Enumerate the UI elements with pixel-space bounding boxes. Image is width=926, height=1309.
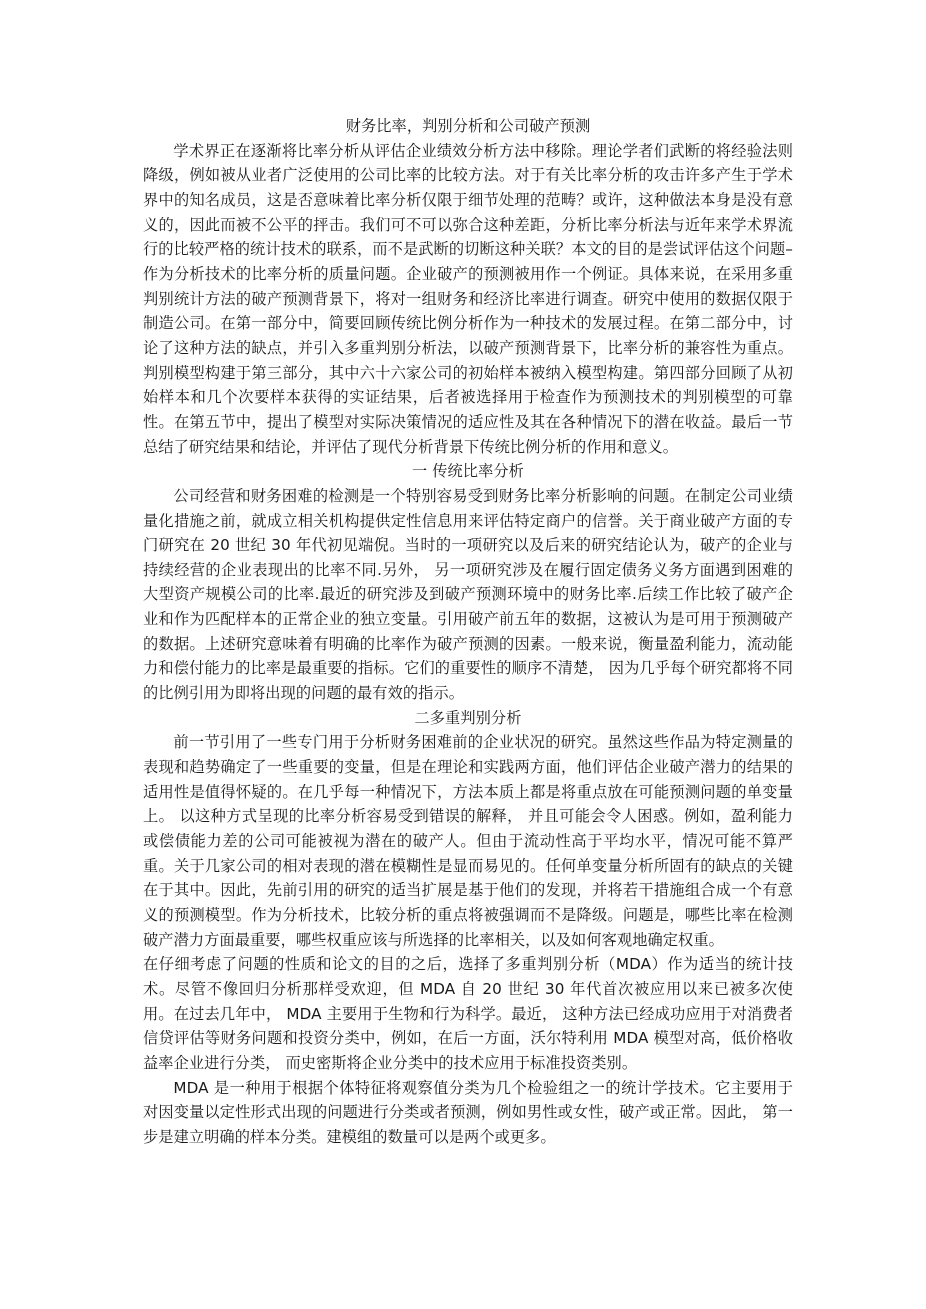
document-page: 财务比率，判别分析和公司破产预测 学术界正在逐渐将比率分析从评估企业绩效分析方法… <box>143 114 793 1150</box>
section-2-paragraph-3: MDA 是一种用于根据个体特征将观察值分类为几个检验组之一的统计学技术。它主要用… <box>143 1076 793 1150</box>
document-title: 财务比率，判别分析和公司破产预测 <box>143 114 793 139</box>
section-2-paragraph-1: 前一节引用了一些专门用于分析财务困难前的企业状况的研究。虽然这些作品为特定测量的… <box>143 730 793 952</box>
section-heading-traditional-ratio-analysis: 一 传统比率分析 <box>143 459 793 484</box>
section-heading-multiple-discriminant-analysis: 二多重判别分析 <box>143 706 793 731</box>
section-2-paragraph-2: 在仔细考虑了问题的性质和论文的目的之后，选择了多重判别分析（MDA）作为适当的统… <box>143 952 793 1075</box>
intro-paragraph: 学术界正在逐渐将比率分析从评估企业绩效分析方法中移除。理论学者们武断的将经验法则… <box>143 139 793 460</box>
section-1-paragraph: 公司经营和财务困难的检测是一个特别容易受到财务比率分析影响的问题。在制定公司业绩… <box>143 484 793 706</box>
